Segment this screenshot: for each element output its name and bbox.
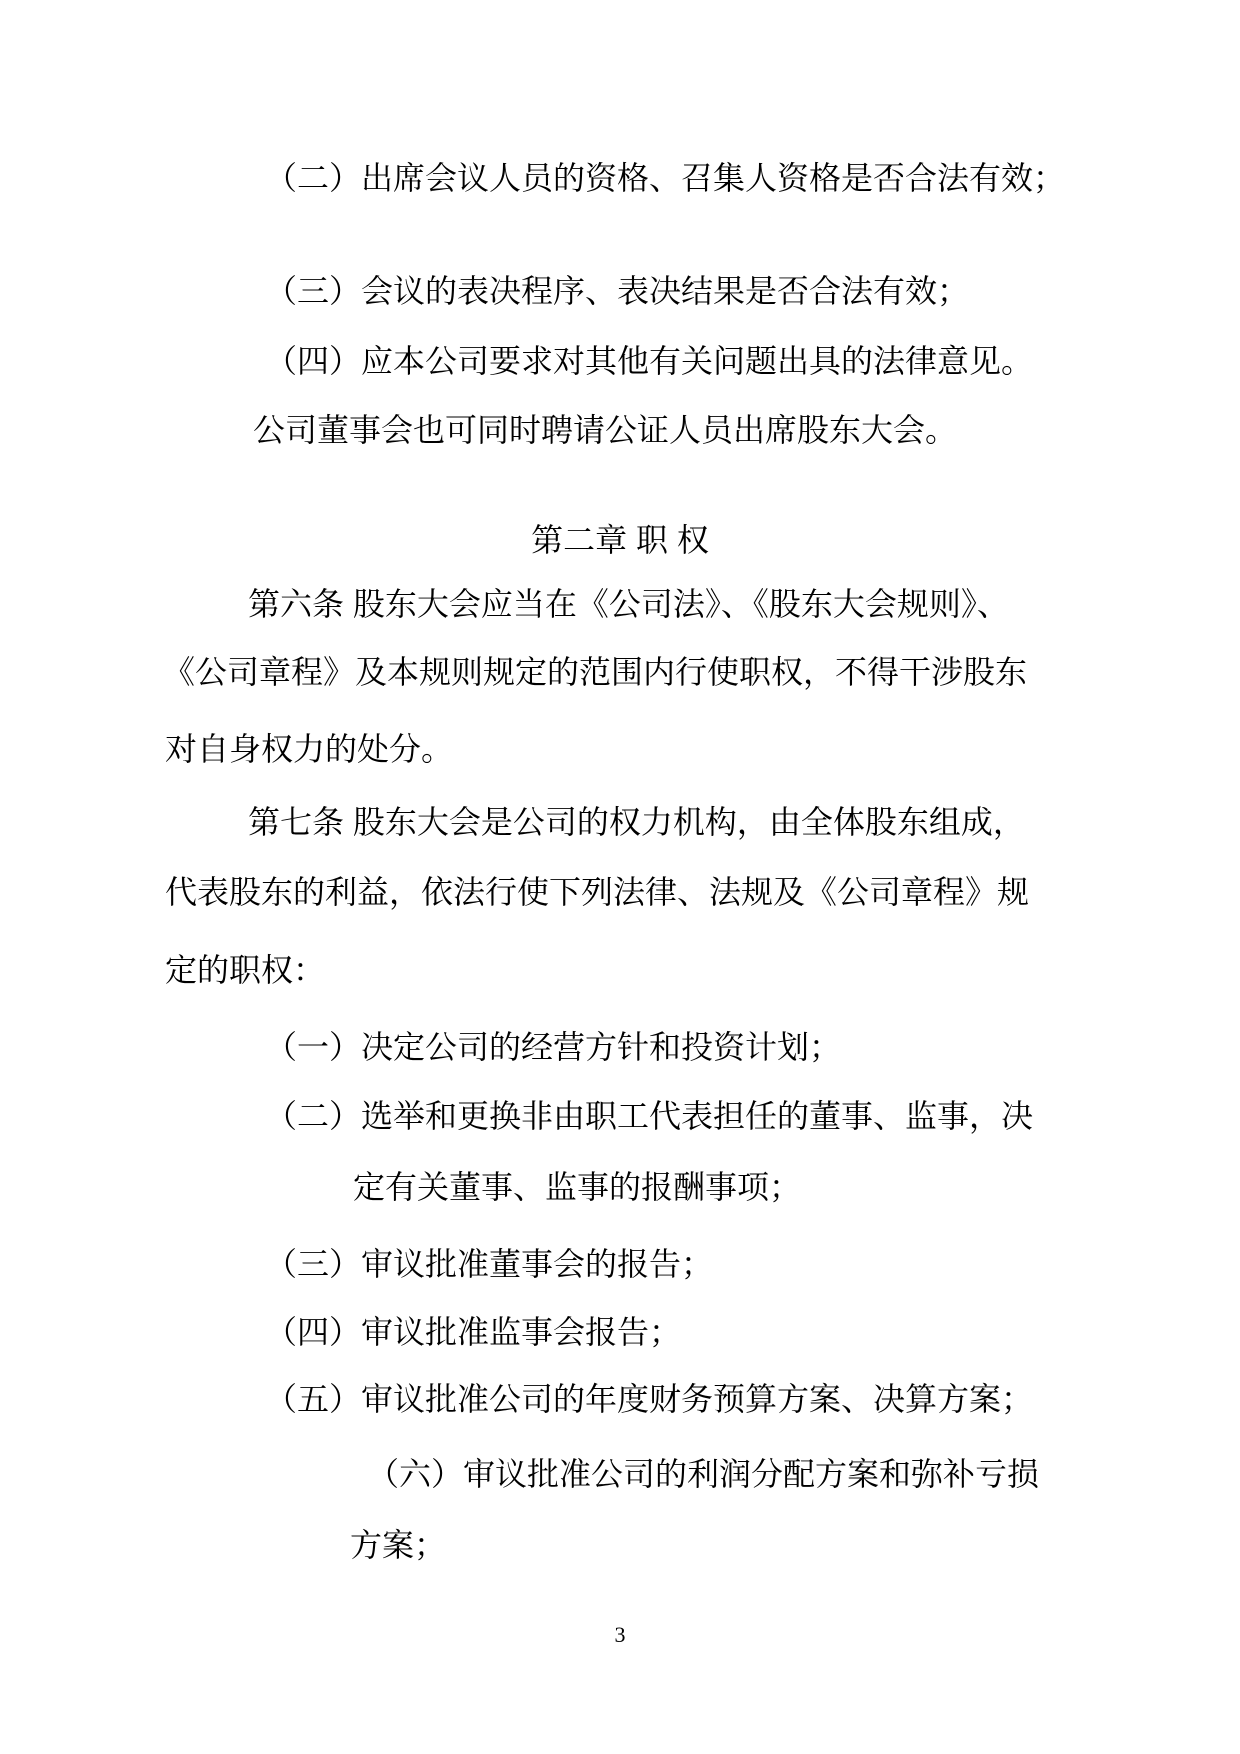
article-6-line-3: 对自身权力的处分。	[165, 731, 453, 768]
power-item-2-line-1: （二）选举和更换非由职工代表担任的董事、监事，决	[265, 1098, 1033, 1135]
power-item-5: （五）审议批准公司的年度财务预算方案、决算方案；	[265, 1381, 1033, 1418]
power-item-3: （三）审议批准董事会的报告；	[265, 1246, 713, 1283]
review-item-4: （四）应本公司要求对其他有关问题出具的法律意见。	[265, 343, 1033, 380]
review-item-3: （三）会议的表决程序、表决结果是否合法有效；	[265, 273, 969, 310]
page-number: 3	[0, 1622, 1240, 1647]
power-item-4: （四）审议批准监事会报告；	[265, 1314, 681, 1351]
power-item-1: （一）决定公司的经营方针和投资计划；	[265, 1029, 841, 1066]
article-6-line-2: 《公司章程》及本规则规定的范围内行使职权，不得干涉股东	[163, 654, 1027, 691]
article-6-line-1: 第六条 股东大会应当在《公司法》、《股东大会规则》、	[248, 586, 1009, 623]
article-7-line-1: 第七条 股东大会是公司的权力机构，由全体股东组成，	[248, 804, 1025, 841]
power-item-6-line-2: 方案；	[350, 1527, 446, 1564]
chapter-heading: 第二章 职 权	[0, 522, 1240, 559]
article-7-line-2: 代表股东的利益，依法行使下列法律、法规及《公司章程》规	[165, 874, 1029, 911]
article-7-line-3: 定的职权：	[165, 952, 325, 989]
notary-paragraph: 公司董事会也可同时聘请公证人员出席股东大会。	[253, 412, 957, 449]
document-page: （二）出席会议人员的资格、召集人资格是否合法有效； （三）会议的表决程序、表决结…	[0, 0, 1240, 1754]
power-item-6-line-1: （六）审议批准公司的利润分配方案和弥补亏损	[367, 1456, 1039, 1493]
review-item-2: （二）出席会议人员的资格、召集人资格是否合法有效；	[265, 160, 1065, 197]
power-item-2-line-2: 定有关董事、监事的报酬事项；	[353, 1169, 801, 1206]
